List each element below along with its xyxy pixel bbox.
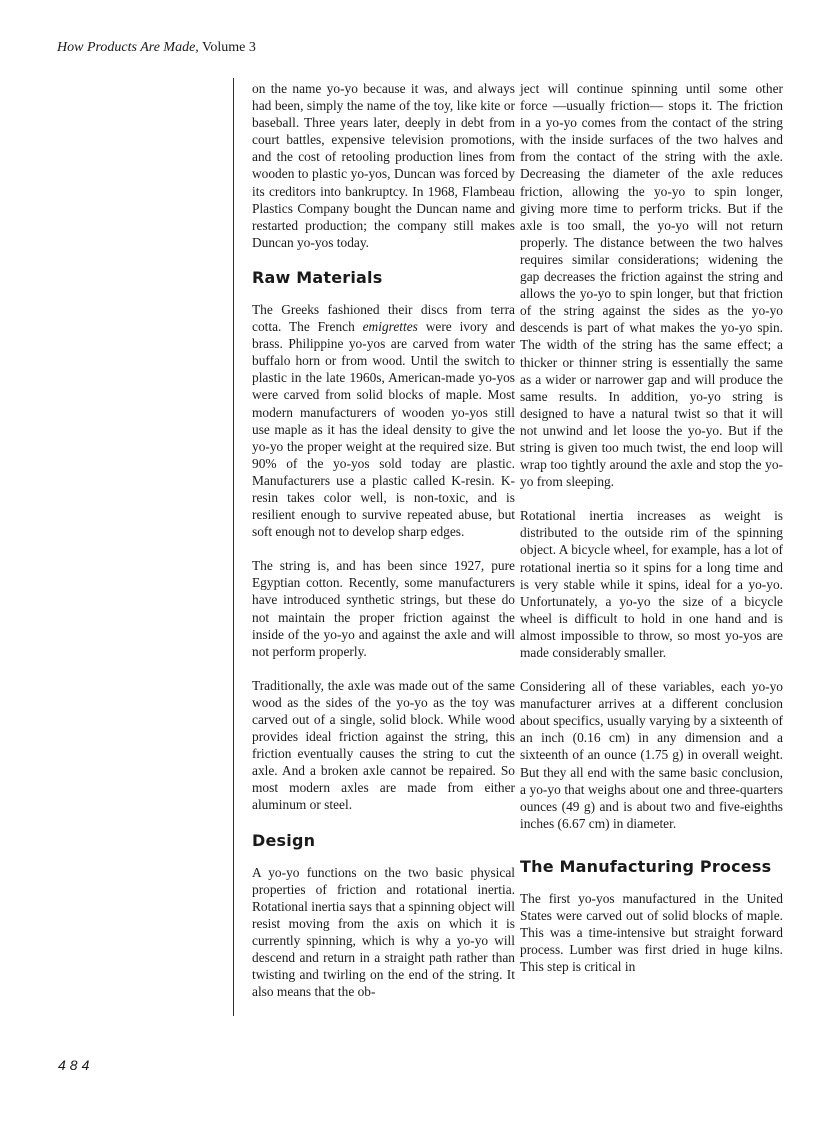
- paragraph-raw-materials-3: Traditionally, the axle was made out of …: [252, 677, 515, 814]
- text-column-left: on the name yo-yo because it was, and al…: [252, 80, 515, 1017]
- book-title: How Products Are Made,: [57, 40, 199, 55]
- heading-manufacturing-process: The Manufacturing Process: [520, 858, 783, 875]
- text-span: were ivory and brass. Philippine yo-yos …: [252, 319, 515, 539]
- paragraph-manufacturing-1: The first yo-yos manufactured in the Uni…: [520, 890, 783, 975]
- paragraph-raw-materials-2: The string is, and has been since 1927, …: [252, 557, 515, 660]
- heading-design: Design: [252, 832, 515, 849]
- text-column-right: ject will continue spinning until some o…: [520, 80, 783, 992]
- column-rule: [233, 78, 234, 1016]
- running-head: How Products Are Made, Volume 3: [57, 40, 256, 56]
- paragraph-raw-materials-1: The Greeks fashioned their discs from te…: [252, 301, 515, 540]
- paragraph-design-2: Rotational inertia increases as weight i…: [520, 507, 783, 661]
- page-number: 484: [58, 1057, 93, 1073]
- heading-raw-materials: Raw Materials: [252, 269, 515, 286]
- paragraph-design-3: Considering all of these variables, each…: [520, 678, 783, 832]
- paragraph-design-1: A yo-yo functions on the two basic physi…: [252, 864, 515, 1001]
- paragraph-intro: on the name yo-yo because it was, and al…: [252, 80, 515, 251]
- volume-label: Volume 3: [199, 40, 256, 55]
- emphasis-emigrettes: emigrettes: [363, 319, 418, 334]
- paragraph-design-1-continued: ject will continue spinning until some o…: [520, 80, 783, 490]
